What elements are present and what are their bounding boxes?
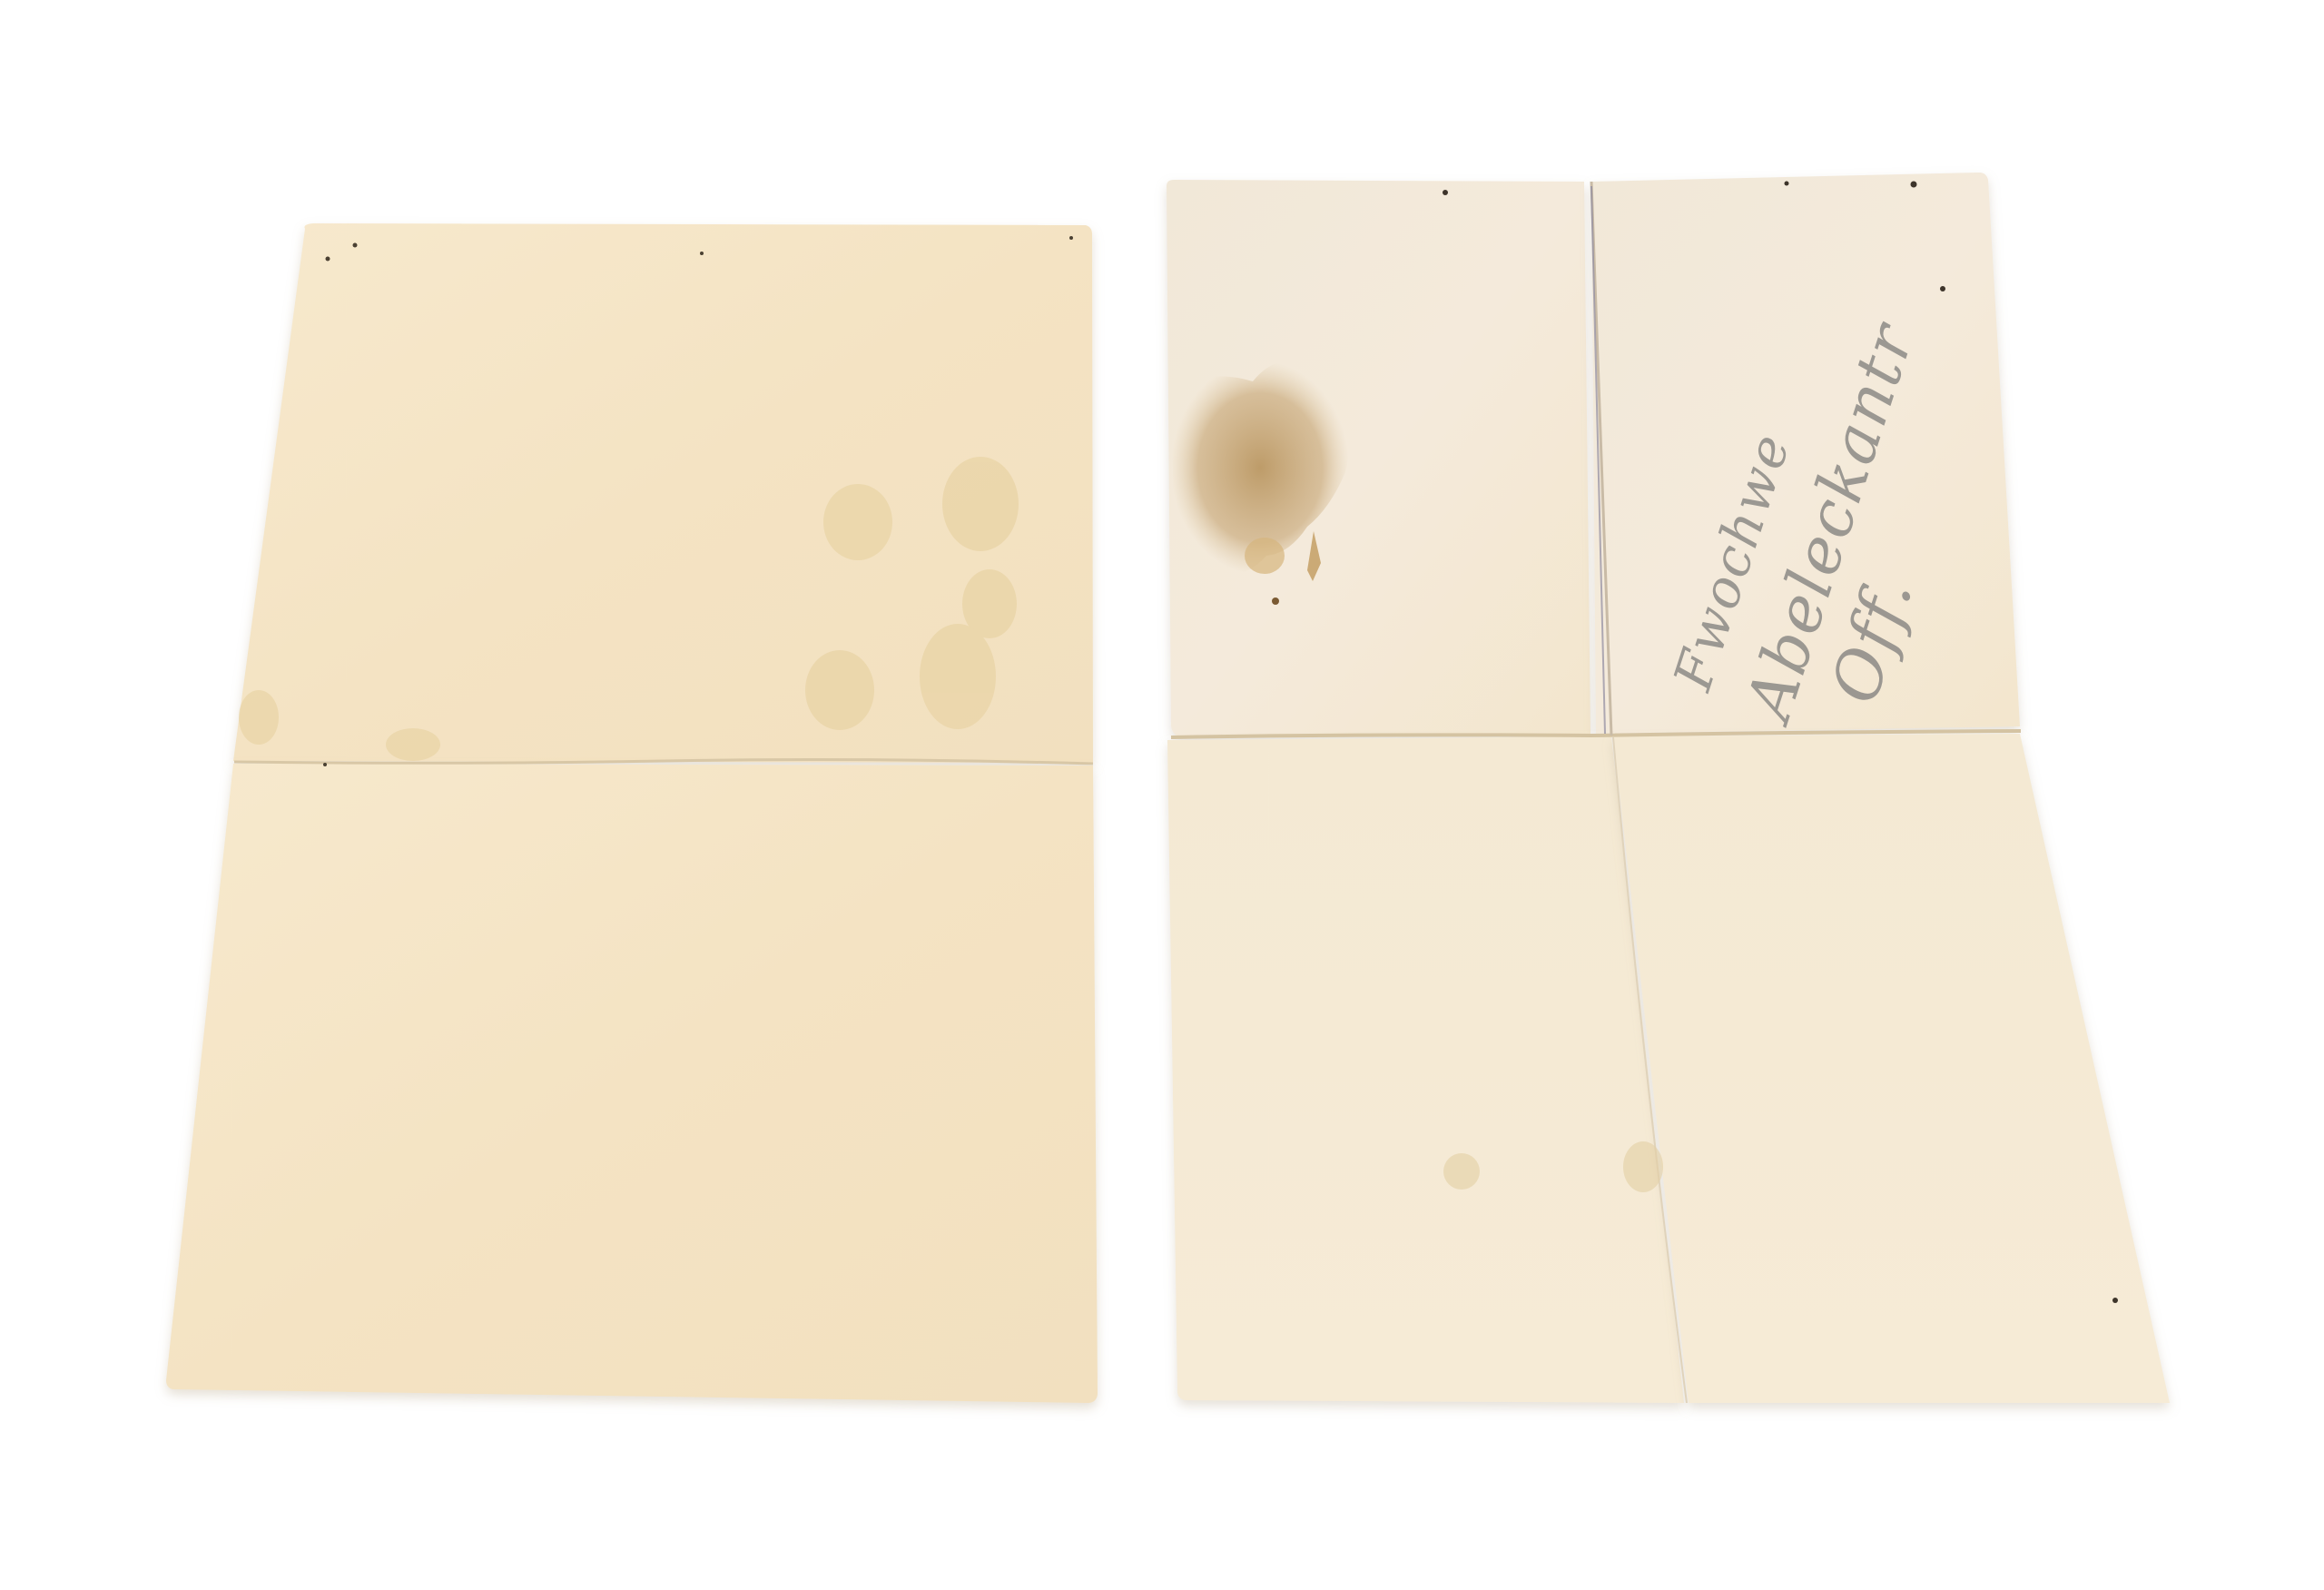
left-document-paper	[0, 0, 2324, 1590]
handwriting-line-3: Off.	[1816, 567, 1927, 712]
handwriting-line-2: Abeleckantr	[1731, 314, 1929, 728]
photo-scene: Fwochwe Abeleckantr Off. Two aged, folde…	[0, 0, 2324, 1590]
left-document	[0, 0, 2324, 1590]
handwriting-line-1: Fwochwe	[1661, 426, 1802, 697]
stain	[1171, 361, 1349, 605]
right-document: Fwochwe Abeleckantr Off.	[0, 0, 2324, 1590]
right-document-paper	[0, 0, 2324, 1590]
